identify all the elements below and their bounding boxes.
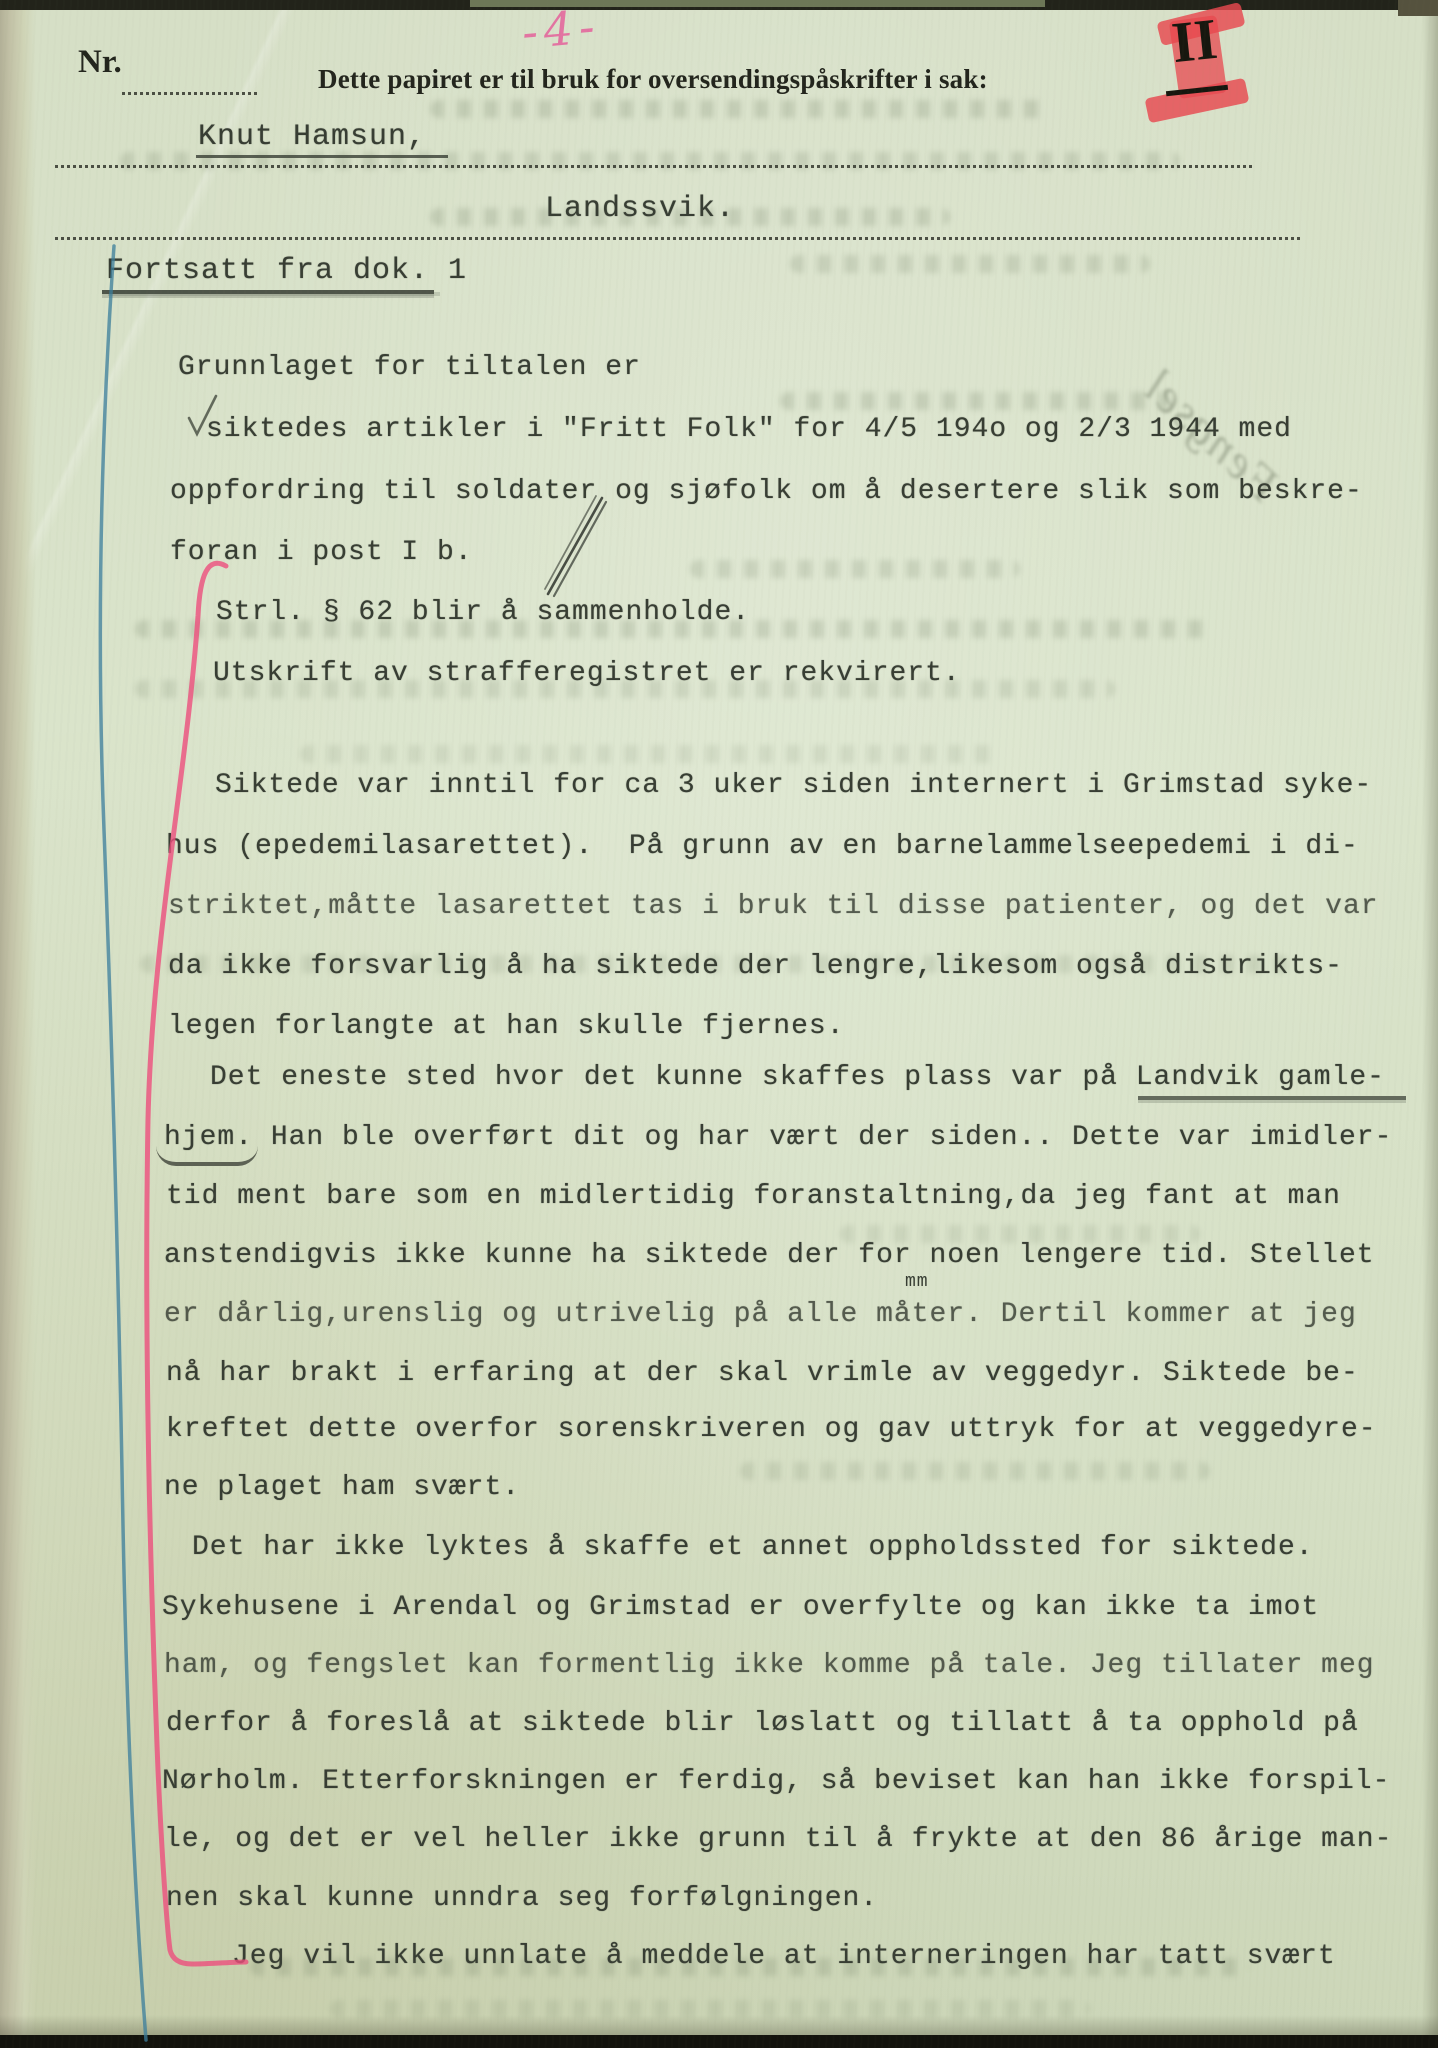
bleedthrough-streak	[300, 745, 1000, 763]
handwritten-page-number: -4-	[520, 0, 603, 59]
typed-correction: mm	[905, 1272, 929, 1292]
typed-line: Det eneste sted hvor det kunne skaffes p…	[210, 1062, 1385, 1093]
red-roman-numeral-mark: II	[1146, 4, 1266, 116]
bleedthrough-streak	[790, 255, 1150, 273]
typed-line: tid ment bare som en midlertidig foranst…	[166, 1181, 1341, 1212]
ink-underline-hjem	[156, 1146, 258, 1166]
typed-line: Jeg vil ikke unnlate å meddele at intern…	[232, 1941, 1336, 1972]
typed-line: legen forlangte at han skulle fjernes.	[168, 1011, 845, 1042]
form-instruction-text: Dette papiret er til bruk for oversendin…	[318, 64, 988, 95]
scanned-document-page: Fengsel Nr. Dette papiret er til bruk fo…	[0, 0, 1438, 2048]
typed-line: ne plaget ham svært.	[164, 1472, 520, 1503]
typed-line: hjem. Han ble overført dit og har vært d…	[164, 1122, 1392, 1153]
paper-left-edge	[0, 0, 36, 2048]
section-heading-underline	[102, 290, 434, 294]
case-subject-line: Knut Hamsun,	[198, 120, 426, 154]
bleedthrough-streak	[330, 2000, 1090, 2018]
typed-line: siktedes artikler i "Fritt Folk" for 4/5…	[206, 414, 1292, 445]
blue-margin-line	[100, 246, 146, 2040]
typed-line: foran i post I b.	[170, 537, 473, 568]
case-category-line: Landssvik.	[545, 192, 735, 226]
bleedthrough-streak	[780, 392, 1170, 410]
typed-line: striktet,måtte lasarettet tas i bruk til…	[168, 891, 1379, 922]
typed-line: Utskrift av strafferegistret er rekvirer…	[213, 658, 961, 689]
typed-line: nen skal kunne unndra seg forfølgningen.	[166, 1883, 878, 1914]
scan-bottom-strip	[0, 2035, 1438, 2048]
typed-line: Nørholm. Etterforskningen er ferdig, så …	[162, 1766, 1390, 1797]
paper-right-shadow	[1422, 0, 1438, 2048]
form-dotted-rule	[55, 237, 1303, 240]
scan-top-right-corner	[1398, 0, 1438, 16]
typed-line: Sykehusene i Arendal og Grimstad er over…	[162, 1592, 1319, 1623]
typed-line: Det har ikke lyktes å skaffe et annet op…	[192, 1532, 1314, 1563]
typed-line: da ikke forsvarlig å ha siktede der leng…	[168, 951, 1343, 982]
roman-numeral-text: II	[1169, 10, 1220, 72]
typed-line: ham, og fengslet kan formentlig ikke kom…	[164, 1650, 1375, 1681]
typed-line: kreftet dette overfor sorenskriveren og …	[166, 1414, 1377, 1445]
typed-line: derfor å foreslå at siktede blir løslatt…	[166, 1708, 1359, 1739]
typed-line: anstendigvis ikke kunne ha siktede der f…	[164, 1240, 1375, 1271]
bleedthrough-streak	[690, 560, 1020, 578]
typed-underline-landvik	[1138, 1096, 1406, 1100]
section-heading: Fortsatt fra dok. 1	[106, 254, 467, 288]
typed-line: oppfordring til soldater og sjøfolk om å…	[170, 476, 1363, 507]
typed-line: hus (epedemilasarettet). På grunn av en …	[166, 831, 1359, 862]
typed-line: nå har brakt i erfaring at der skal vrim…	[166, 1358, 1359, 1389]
form-nr-label: Nr.	[78, 44, 122, 81]
scan-bottom-shadow	[0, 2015, 1438, 2035]
form-dotted-rule	[55, 165, 1255, 168]
typed-line: le, og det er vel heller ikke grunn til …	[164, 1824, 1392, 1855]
typed-line: Grunnlaget for tiltalen er	[178, 352, 641, 383]
typed-line: Siktede var inntil for ca 3 uker siden i…	[215, 770, 1372, 801]
bleedthrough-streak	[430, 100, 1050, 118]
typed-line: er dårlig,urenslig og utrivelig på alle …	[164, 1299, 1357, 1330]
typed-line: Strl. § 62 blir å sammenholde.	[216, 597, 750, 628]
form-nr-dotted-line	[122, 92, 258, 95]
bleedthrough-streak	[740, 1462, 1210, 1480]
case-subject-underline	[196, 155, 448, 158]
